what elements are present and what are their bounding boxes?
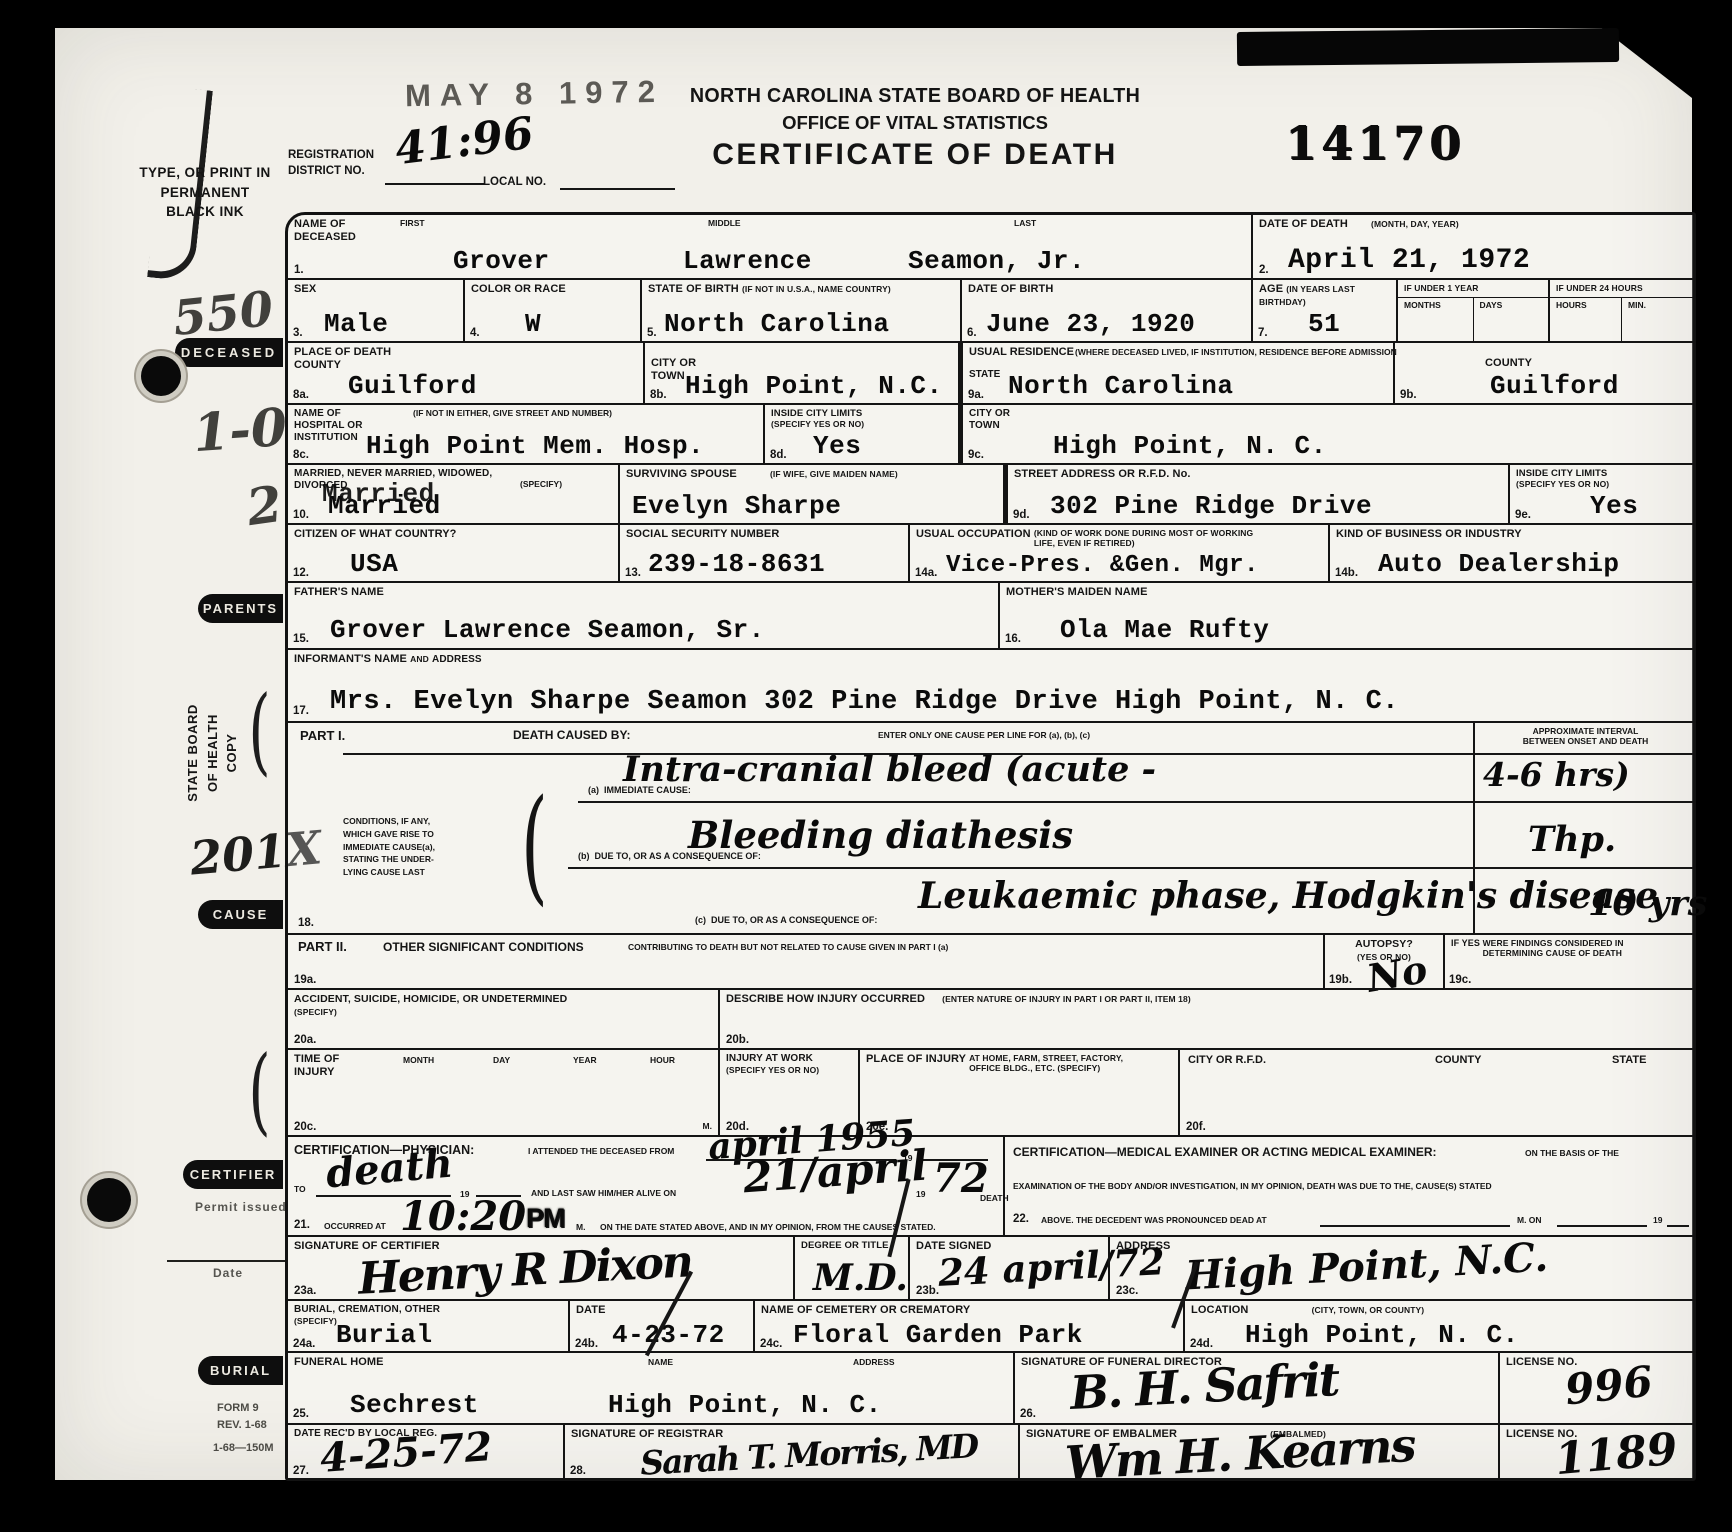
cause-c-value: Leukaemic phase, Hodgkin's disease (918, 875, 1658, 917)
director-license-value: 996 (1563, 1357, 1655, 1415)
name-first: Grover (453, 246, 550, 276)
cause-a-interval: 4-6 hrs) (1483, 755, 1630, 794)
field-certification-examiner: CERTIFICATION—MEDICAL EXAMINER OR ACTING… (1003, 1137, 1693, 1235)
ink-instruction: TYPE, OR PRINT IN PERMANENT BLACK INK (125, 163, 285, 222)
tab-cause: CAUSE (198, 900, 283, 929)
row-signature: SIGNATURE OF CERTIFIER 23a. Henry R Dixo… (288, 1235, 1693, 1299)
row-marital-street: MARRIED, NEVER MARRIED, WIDOWED, DIVORCE… (288, 463, 1693, 523)
field-director-license: LICENSE NO. 996 (1498, 1353, 1693, 1423)
field-sex: SEX 3. Male (288, 280, 463, 341)
cause-b-interval: Thp. (1528, 819, 1616, 860)
row-certification: CERTIFICATION—PHYSICIAN: I ATTENDED THE … (288, 1135, 1693, 1235)
field-if-under-24-hours: IF UNDER 24 HOURS HOURS MIN. (1548, 280, 1693, 341)
degree-value: M.D. (813, 1257, 908, 1299)
field-name-of-deceased: NAME OF DECEASED FIRST MIDDLE LAST 1. Gr… (288, 215, 1251, 278)
redaction-bar (1237, 28, 1619, 66)
tab-burial: BURIAL (198, 1356, 283, 1385)
stray-paren-certifier: ( (248, 1036, 270, 1146)
field-citizen: CITIZEN OF WHAT COUNTRY? 12. USA (288, 525, 618, 581)
field-place-of-death-city: CITY OR TOWN 8b. High Point, N.C. (643, 343, 958, 403)
stray-paren-cause: ( (248, 676, 270, 786)
field-hospital: NAME OF HOSPITAL OR INSTITUTION (IF NOT … (288, 405, 763, 463)
registration-district-value: 41:96 (392, 108, 536, 176)
row-burial: BURIAL, CREMATION, OTHER (SPECIFY) 24a. … (288, 1299, 1693, 1351)
field-how-injury-occurred: DESCRIBE HOW INJURY OCCURRED (ENTER NATU… (718, 990, 1693, 1048)
field-occupation: USUAL OCCUPATION (KIND OF WORK DONE DURI… (908, 525, 1328, 581)
field-residence-county: COUNTY 9b. Guilford (1393, 343, 1693, 403)
field-date-received: DATE REC'D BY LOCAL REG. 27. 4-25-72 (288, 1425, 563, 1478)
section-cause-of-death: PART I. DEATH CAUSED BY: ENTER ONLY ONE … (288, 721, 1693, 933)
field-inside-city-limits-8d: INSIDE CITY LIMITS (SPECIFY YES OR NO) 8… (763, 405, 958, 463)
embalmer-license-value: 1189 (1553, 1424, 1679, 1485)
field-date-signed: DATE SIGNED 23b. 24 april/72 (908, 1237, 1108, 1299)
punch-hole-bottom (87, 1178, 131, 1222)
field-findings-considered: IF YES WERE FINDINGS CONSIDERED IN DETER… (1443, 935, 1693, 988)
field-industry: KIND OF BUSINESS OR INDUSTRY 14b. Auto D… (1328, 525, 1693, 581)
document-title: CERTIFICATE OF DEATH (645, 138, 1185, 172)
field-if-under-1-year: IF UNDER 1 YEAR MONTHS DAYS (1396, 280, 1548, 341)
date-of-death-value: April 21, 1972 (1288, 245, 1530, 276)
field-funeral-home: FUNERAL HOME NAME ADDRESS 25. Sechrest H… (288, 1353, 1013, 1423)
occurred-time: 10:20 (400, 1193, 526, 1240)
tab-parents: PARENTS (198, 594, 283, 623)
row-parents: FATHER'S NAME 15. Grover Lawrence Seamon… (288, 581, 1693, 648)
field-embalmer-signature: SIGNATURE OF EMBALMER (EMBALMED) Wm H. K… (1018, 1425, 1498, 1478)
certificate-page: TYPE, OR PRINT IN PERMANENT BLACK INK 55… (55, 28, 1692, 1480)
field-date-of-birth: DATE OF BIRTH 6. June 23, 1920 (960, 280, 1251, 341)
field-embalmer-license: LICENSE NO. 1189 (1498, 1425, 1693, 1478)
section-part2: PART II. OTHER SIGNIFICANT CONDITIONS CO… (288, 933, 1693, 988)
registration-district-line (385, 183, 485, 185)
scanned-death-certificate: { "misc": {"yr": "19", "m": "M."}, "head… (0, 0, 1732, 1532)
field-ssn: SOCIAL SECURITY NUMBER 13. 239-18-8631 (618, 525, 908, 581)
field-date-of-death: DATE OF DEATH (MONTH, DAY, YEAR) 2. Apri… (1251, 215, 1693, 278)
local-no-label: LOCAL NO. (483, 176, 546, 188)
board-name: NORTH CAROLINA STATE BOARD OF HEALTH (656, 84, 1174, 108)
field-burial-location: LOCATION (CITY, TOWN, OR COUNTY) 24d. Hi… (1183, 1301, 1693, 1351)
field-place-of-death-county: PLACE OF DEATHCOUNTY 8a. Guilford (288, 343, 643, 403)
certificate-form: NAME OF DECEASED FIRST MIDDLE LAST 1. Gr… (285, 212, 1696, 1481)
part1-area: PART I. DEATH CAUSED BY: ENTER ONLY ONE … (288, 723, 1693, 933)
cause-c-interval: 10 yrs (1588, 883, 1707, 924)
field-burial-type: BURIAL, CREMATION, OTHER (SPECIFY) 24a. … (288, 1301, 568, 1351)
form-number: FORM 9REV. 1-68 (217, 1400, 267, 1433)
margin-date-label: Date (213, 1266, 243, 1280)
field-residence-state: USUAL RESIDENCE (WHERE DECEASED LIVED, I… (958, 343, 1393, 403)
field-surviving-spouse: SURVIVING SPOUSE (IF WIFE, GIVE MAIDEN N… (618, 465, 1003, 523)
local-no-line (560, 188, 675, 190)
field-age: AGE (IN YEARS LAST BIRTHDAY) 7. 51 (1251, 280, 1396, 341)
office-name: OFFICE OF VITAL STATISTICS (645, 112, 1185, 134)
field-father-name: FATHER'S NAME 15. Grover Lawrence Seamon… (288, 583, 998, 648)
field-race: COLOR OR RACE 4. W (463, 280, 640, 341)
field-funeral-director-signature: SIGNATURE OF FUNERAL DIRECTOR 26. B. H. … (1013, 1353, 1498, 1423)
field-autopsy: AUTOPSY? (YES OR NO) 19b. No (1323, 935, 1443, 988)
row-informant: INFORMANT'S NAME AND ADDRESS 17. Mrs. Ev… (288, 648, 1693, 721)
field-inside-city-limits-9e: INSIDE CITY LIMITS (SPECIFY YES OR NO) 9… (1508, 465, 1693, 523)
punch-hole-top (141, 356, 181, 396)
received-date-stamp: MAY 8 1972 (405, 74, 665, 115)
field-injury-location: CITY OR R.F.D. COUNTY STATE 20f. (1178, 1050, 1693, 1135)
row-hospital: NAME OF HOSPITAL OR INSTITUTION (IF NOT … (288, 403, 1693, 463)
cause-b-value: Bleeding diathesis (688, 813, 1073, 857)
row-accident: ACCIDENT, SUICIDE, HOMICIDE, OR UNDETERM… (288, 988, 1693, 1048)
field-time-of-injury: TIME OF INJURY MONTH DAY YEAR HOUR 20c. … (288, 1050, 718, 1135)
field-marital-status: MARRIED, NEVER MARRIED, WIDOWED, DIVORCE… (288, 465, 618, 523)
field-signature-of-certifier: SIGNATURE OF CERTIFIER 23a. Henry R Dixo… (288, 1237, 793, 1299)
row-registration: DATE REC'D BY LOCAL REG. 27. 4-25-72 SIG… (288, 1423, 1693, 1478)
field-state-of-birth: STATE OF BIRTH (IF NOT IN U.S.A., NAME C… (640, 280, 960, 341)
conditions-note: CONDITIONS, IF ANY, WHICH GAVE RISE TO I… (343, 815, 435, 879)
field-other-conditions: PART II. OTHER SIGNIFICANT CONDITIONS CO… (288, 935, 1323, 988)
permit-issued-label: Permit issued (195, 1200, 287, 1214)
row-citizen-occupation: CITIZEN OF WHAT COUNTRY? 12. USA SOCIAL … (288, 523, 1693, 581)
row-funeral-home: FUNERAL HOME NAME ADDRESS 25. Sechrest H… (288, 1351, 1693, 1423)
pm-stamp: PM (526, 1203, 565, 1234)
row-name: NAME OF DECEASED FIRST MIDDLE LAST 1. Gr… (288, 215, 1693, 278)
field-registrar-signature: SIGNATURE OF REGISTRAR 28. Sarah T. Morr… (563, 1425, 1018, 1478)
form-print-code: 1-68—150M (213, 1440, 274, 1457)
field-manner: ACCIDENT, SUICIDE, HOMICIDE, OR UNDETERM… (288, 990, 718, 1048)
certificate-number: 14170 (1285, 116, 1465, 170)
row-time-of-injury: TIME OF INJURY MONTH DAY YEAR HOUR 20c. … (288, 1048, 1693, 1135)
row-place-residence: PLACE OF DEATHCOUNTY 8a. Guilford CITY O… (288, 341, 1693, 403)
name-middle: Lawrence (683, 246, 812, 276)
field-cemetery: NAME OF CEMETERY OR CREMATORY 24c. Flora… (753, 1301, 1183, 1351)
field-street-address: STREET ADDRESS OR R.F.D. No. 9d. 302 Pin… (1003, 465, 1508, 523)
margin-note-2: 2 (243, 474, 286, 537)
cause-a-value: Intra-cranial bleed (acute - (623, 749, 1156, 790)
registration-district-label: REGISTRATION DISTRICT NO. (288, 148, 374, 179)
row-sex-birth: SEX 3. Male COLOR OR RACE 4. W STATE OF … (288, 278, 1693, 341)
tab-certifier: CERTIFIER (183, 1160, 283, 1189)
margin-date-line (167, 1260, 285, 1262)
tab-deceased: DECEASED (175, 338, 283, 367)
conditions-brace: ( (521, 773, 548, 918)
attended-to-value: death (324, 1140, 455, 1198)
field-informant: INFORMANT'S NAME AND ADDRESS 17. Mrs. Ev… (288, 650, 1693, 721)
name-last: Seamon, Jr. (908, 246, 1085, 276)
field-mother-name: MOTHER'S MAIDEN NAME 16. Ola Mae Rufty (998, 583, 1693, 648)
margin-note-10: 1-0 (191, 397, 289, 464)
field-residence-city: CITY OR TOWN 9c. High Point, N. C. (958, 405, 1693, 463)
